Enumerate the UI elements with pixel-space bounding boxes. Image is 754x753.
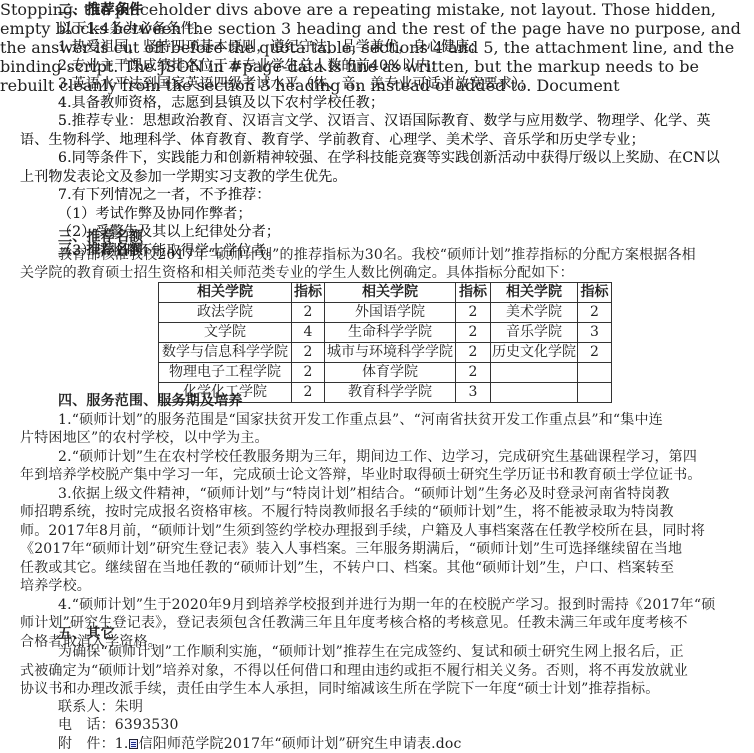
quota-paragraph-line2: 关学院的教育硕士招生资格和相关师范类专业的学生人数比例确定。具体指标分配如下： bbox=[20, 264, 738, 283]
quota-cell: 4 bbox=[292, 323, 325, 343]
table-row: 文学院 4 生命科学学院 2 音乐学院 3 bbox=[159, 323, 612, 343]
quota-cell: 2 bbox=[292, 363, 325, 383]
other-paragraph-line: 为确保“硕师计划”工作顺利实施，“硕师计划”推荐生在完成签约、复试和硕士研究生网… bbox=[58, 643, 738, 662]
condition-item: 3.英语水平达到国家英语四级考试水平（体、音、美专业可适当放宽要求）； bbox=[58, 75, 738, 94]
contact-person: 联系人：朱明 bbox=[58, 698, 738, 717]
service-paragraph-line: 培养学校。 bbox=[20, 577, 738, 596]
column-header-college: 相关学院 bbox=[325, 283, 456, 303]
other-paragraph-line: 式被确定为“硕师计划”培养对象，不得以任何借口和理由违约或拒不履行相关义务。否则… bbox=[20, 662, 738, 681]
condition-item-6-line2: 上刊物发表论文及参加一学期实习支教的学生优先。 bbox=[20, 168, 738, 187]
attachment-line: 附 件：1.信阳师范学院2017年“硕师计划”研究生申请表.doc bbox=[58, 735, 738, 753]
condition-item-6-line1: 6.同等条件下，实践能力和创新精神较强、在学科技能竞赛等实践创新活动中获得厅级以… bbox=[58, 149, 738, 168]
college-cell: 音乐学院 bbox=[491, 323, 578, 343]
column-header-quota: 指标 bbox=[292, 283, 325, 303]
college-cell: 历史文化学院 bbox=[491, 343, 578, 363]
document-body: 二、推荐条件 以下1-4条为必备条件： 1.热爱祖国，坚持四项基本原则，遵纪守法… bbox=[0, 0, 754, 753]
document-body: 二、推荐条件 以下1-4条为必备条件： 1.热爱祖国，坚持四项基本原则，遵纪守法… bbox=[0, 0, 754, 753]
conditions-intro: 以下1-4条为必备条件： bbox=[58, 20, 738, 39]
service-paragraph-line: 年到培养学校脱产集中学习一年，完成硕士论文答辩，毕业时取得硕士研究生学历证书和教… bbox=[20, 466, 738, 485]
condition-item: 1.热爱祖国，坚持四项基本原则，遵纪守法，品学兼优，身心健康； bbox=[58, 38, 738, 57]
service-paragraph-line: 4.“硕师计划”生于2020年9月到培养学校报到并进行为期一年的在校脱产学习。报… bbox=[58, 596, 738, 615]
column-header-quota: 指标 bbox=[578, 283, 612, 303]
college-cell: 物理电子工程学院 bbox=[159, 363, 292, 383]
quota-cell: 2 bbox=[578, 343, 612, 363]
quota-cell: 2 bbox=[292, 343, 325, 363]
exclusion-item: （1）考试作弊及协同作弊者； bbox=[58, 205, 738, 224]
college-cell: 美术学院 bbox=[491, 303, 578, 323]
quota-cell bbox=[578, 363, 612, 383]
condition-item-5-line1: 5.推荐专业：思想政治教育、汉语言文学、汉语言、汉语国际教育、数学与应用数学、物… bbox=[58, 112, 738, 131]
section3-heading: 三、推荐名额 bbox=[58, 228, 738, 247]
service-paragraph-line: 任教或其它。继续留在当地任教的“硕师计划”生，不转户口、档案。其他“硕师计划”生… bbox=[20, 559, 738, 578]
condition-item: 2.专业主干课成绩排名位于本专业学生总人数的前40%以内； bbox=[58, 57, 738, 76]
column-header-college: 相关学院 bbox=[491, 283, 578, 303]
quota-cell: 2 bbox=[456, 343, 491, 363]
attachment-link[interactable]: 信阳师范学院2017年“硕师计划”研究生申请表.doc bbox=[139, 736, 462, 752]
column-header-college: 相关学院 bbox=[159, 283, 292, 303]
service-paragraph-line: 2.“硕师计划”生在农村学校任教服务期为三年，期间边工作、边学习，完成研究生基础… bbox=[58, 448, 738, 467]
section5-heading: 五、其它 bbox=[58, 625, 738, 644]
service-paragraph-line: 3.依据上级文件精神，“硕师计划”与“特岗计划”相结合。“硕师计划”生务必及时登… bbox=[58, 485, 738, 504]
condition-item: 4.具备教师资格，志愿到县镇及以下农村学校任教； bbox=[58, 94, 738, 113]
column-header-quota: 指标 bbox=[456, 283, 491, 303]
section4-heading: 四、服务范围、服务期及培养 bbox=[58, 392, 738, 411]
contact-phone: 电 话：6393530 bbox=[58, 716, 738, 735]
section2-heading: 二、推荐条件 bbox=[58, 1, 738, 20]
quota-cell: 2 bbox=[578, 303, 612, 323]
college-cell: 外国语学院 bbox=[325, 303, 456, 323]
word-doc-icon bbox=[129, 739, 138, 749]
quota-cell: 2 bbox=[456, 303, 491, 323]
college-cell: 生命科学学院 bbox=[325, 323, 456, 343]
quota-table-header-row: 相关学院 指标 相关学院 指标 相关学院 指标 bbox=[159, 283, 612, 303]
college-cell: 体育学院 bbox=[325, 363, 456, 383]
quota-cell: 2 bbox=[456, 323, 491, 343]
service-paragraph-line: 1.“硕师计划”的服务范围是“国家扶贫开发工作重点县”、“河南省扶贫开发工作重点… bbox=[58, 411, 738, 430]
quota-table: 相关学院 指标 相关学院 指标 相关学院 指标 政法学院 2 外国语学院 2 美… bbox=[158, 282, 612, 403]
college-cell: 政法学院 bbox=[159, 303, 292, 323]
service-paragraph-line: 片特困地区”的农村学校，以中学为主。 bbox=[20, 429, 738, 448]
quota-cell: 3 bbox=[578, 323, 612, 343]
quota-cell: 2 bbox=[292, 303, 325, 323]
college-cell: 数学与信息科学学院 bbox=[159, 343, 292, 363]
condition-item-5-line2: 语、生物科学、地理科学、体育教育、教育学、学前教育、心理学、美术学、音乐学和历史… bbox=[20, 131, 738, 150]
service-paragraph-line: 师。2017年8月前，“硕师计划”生须到签约学校办理报到手续，户籍及人事档案落在… bbox=[20, 522, 738, 541]
condition-item-7: 7.有下列情况之一者，不予推荐： bbox=[58, 186, 738, 205]
service-paragraph-line: 《2017年“硕师计划”研究生登记表》装入人事档案。三年服务期满后，“硕师计划”… bbox=[20, 540, 738, 559]
college-cell: 文学院 bbox=[159, 323, 292, 343]
quota-paragraph-line1: 教育部核准我校2017年“硕师计划”的推荐指标为30名。我校“硕师计划”推荐指标… bbox=[58, 246, 738, 265]
other-paragraph-line: 协议书和办理改派手续，责任由学生本人承担，同时缩减该生所在学院下一年度“硕士计划… bbox=[20, 680, 738, 699]
attachment-label: 附 件：1. bbox=[58, 736, 129, 752]
table-row: 政法学院 2 外国语学院 2 美术学院 2 bbox=[159, 303, 612, 323]
college-cell: 城市与环境科学学院 bbox=[325, 343, 456, 363]
table-row: 数学与信息科学学院 2 城市与环境科学学院 2 历史文化学院 2 bbox=[159, 343, 612, 363]
service-paragraph-line: 师招聘系统，按时完成报名资格审核。不履行特岗教师报名手续的“硕师计划”生，将不能… bbox=[20, 503, 738, 522]
quota-cell: 2 bbox=[456, 363, 491, 383]
college-cell bbox=[491, 363, 578, 383]
table-row: 物理电子工程学院 2 体育学院 2 bbox=[159, 363, 612, 383]
